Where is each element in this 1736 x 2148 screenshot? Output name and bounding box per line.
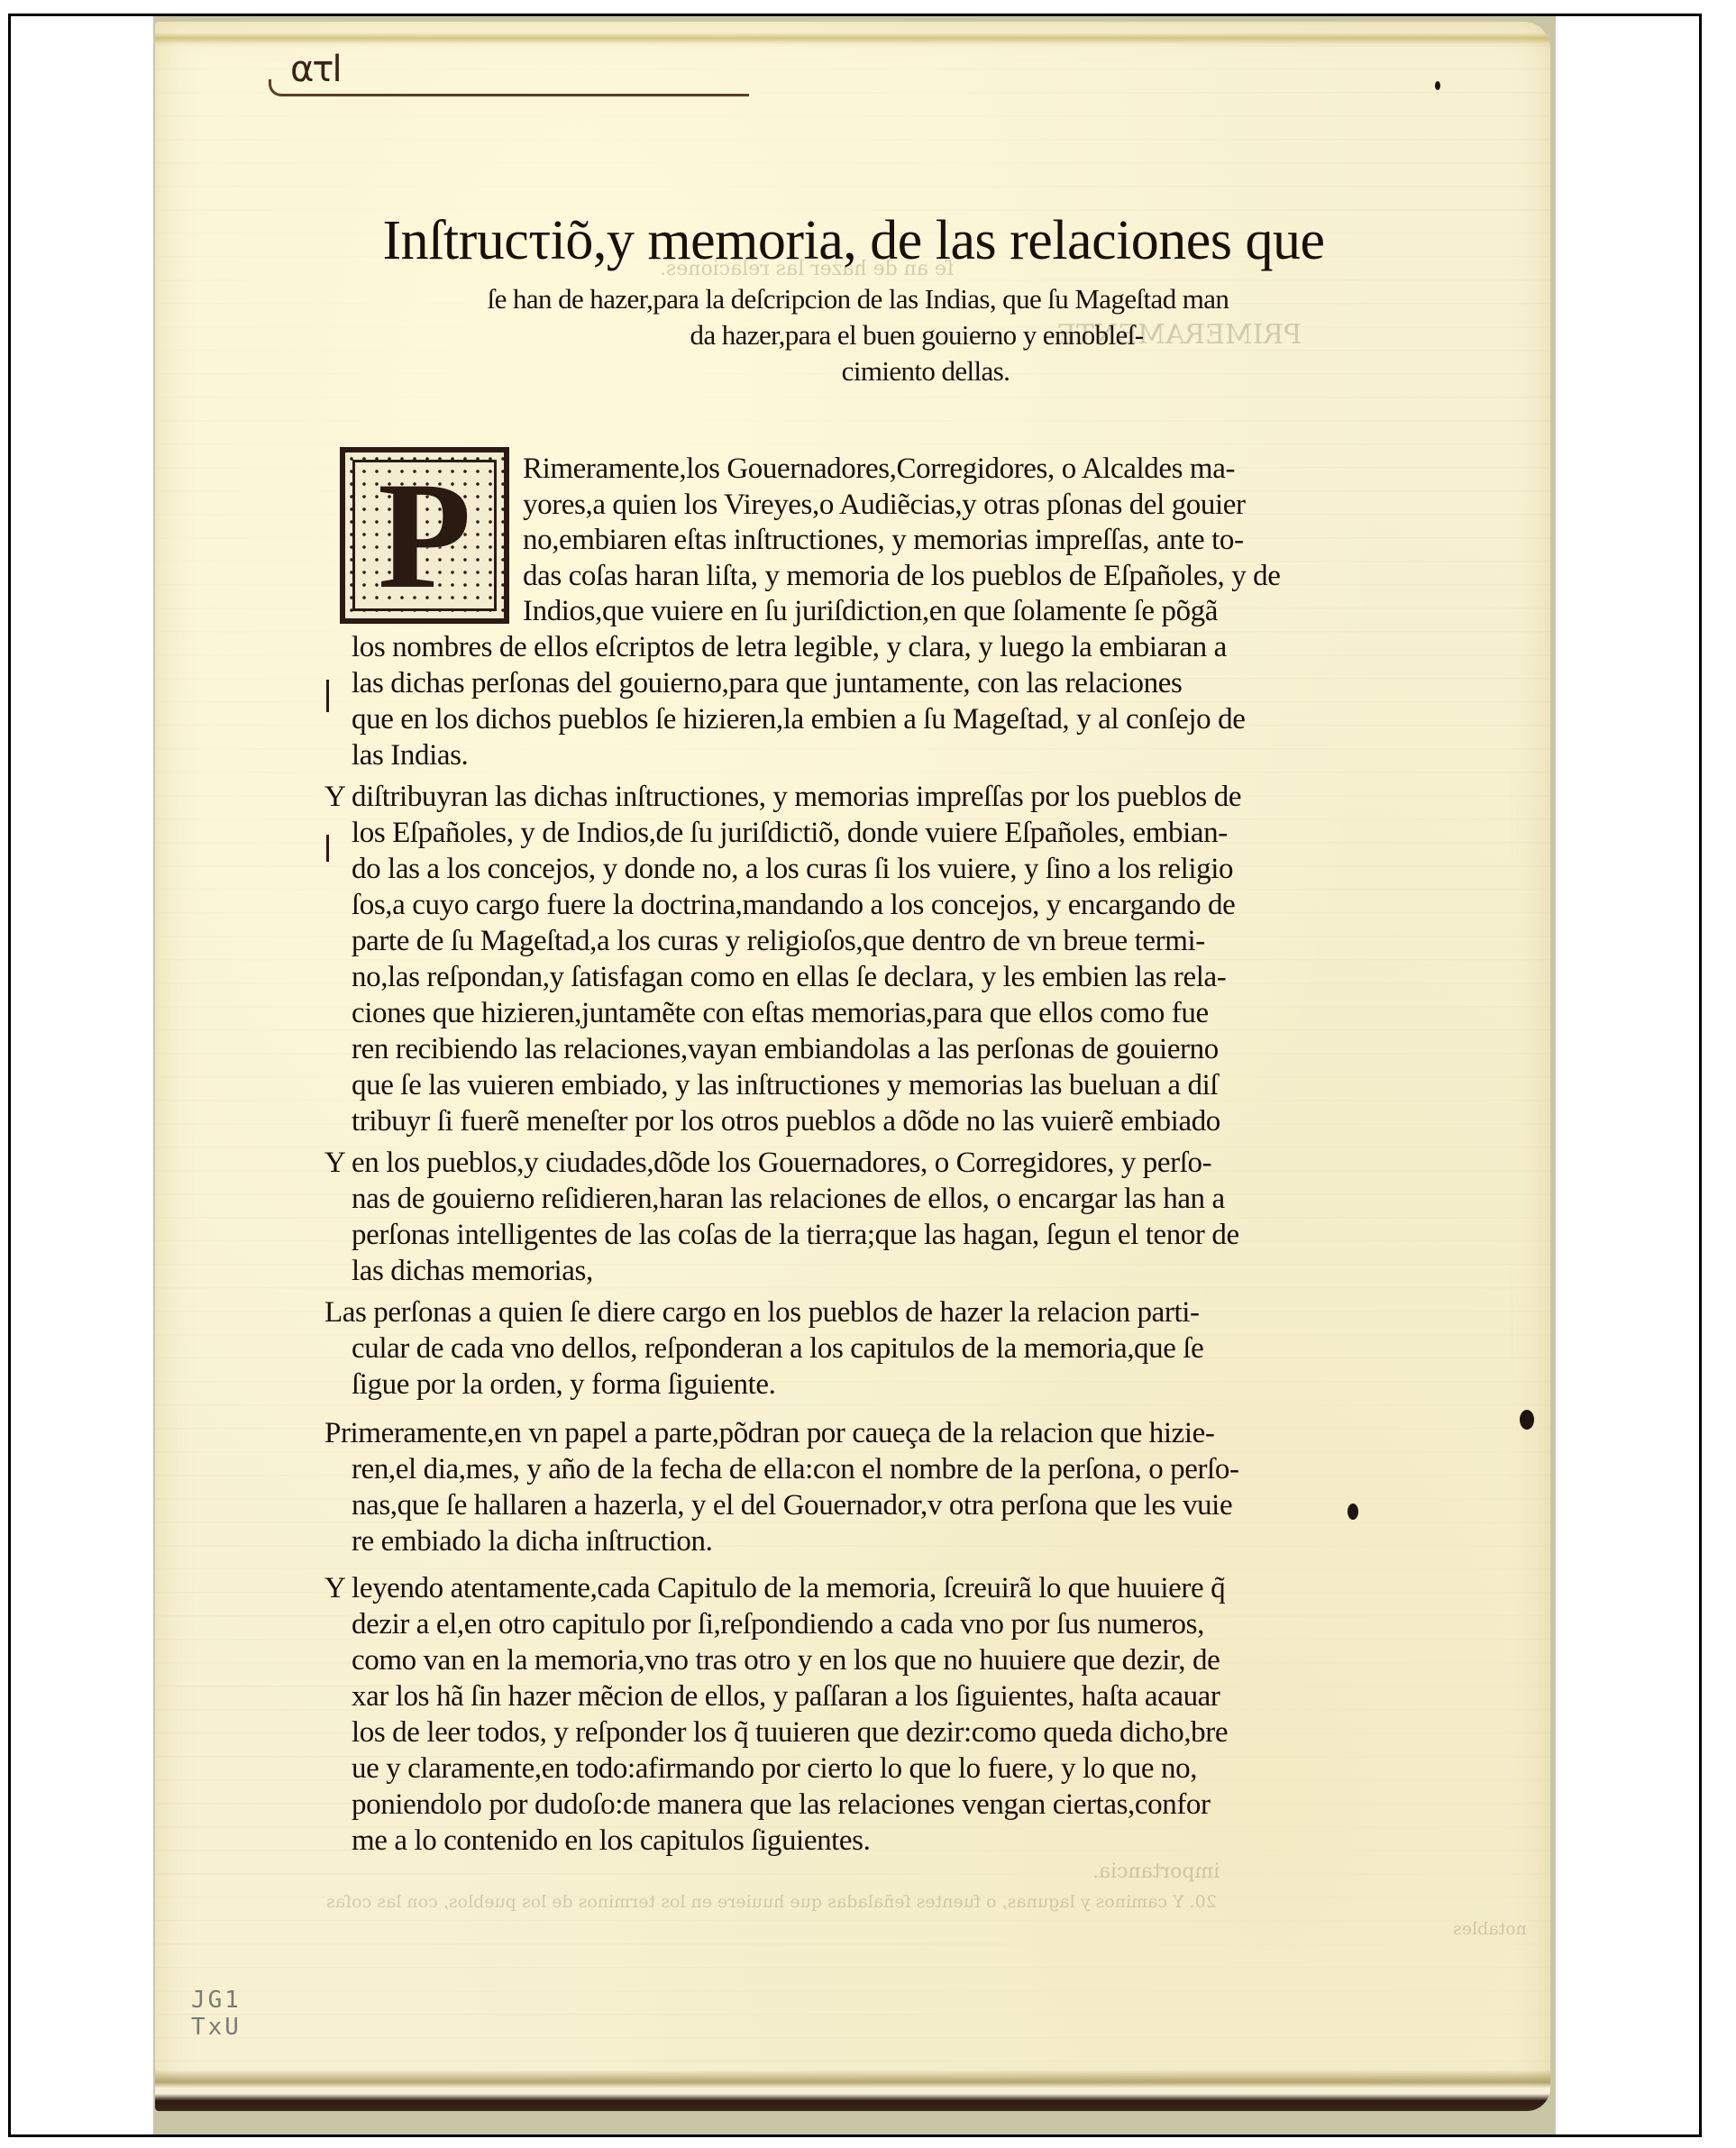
text-line: yores,a quien los Vireyes,o Audiẽcias,y … [523,489,1246,522]
text-line: me a lo contenido en los capitulos ſigui… [352,1824,870,1858]
text-line: perſonas intelligentes de las coſas de l… [352,1219,1239,1252]
subtitle-line: cimiento dellas. [416,355,1435,388]
margin-mark [326,835,329,862]
library-stamp: JG1 TxU [191,1987,242,2041]
stamp-line: TxU [191,2014,242,2041]
margin-mark [326,680,329,712]
text-line: las dichas perſonas del gouierno,para qu… [352,667,1182,700]
text-line: los de leer todos, y reſponder los q̃ tu… [352,1716,1228,1750]
text-line: cular de cada vno dellos, reſponderan a … [352,1332,1203,1366]
text-line: nas de gouierno reſidieren,haran las rel… [352,1183,1225,1216]
text-line: xar los hã ſin hazer mẽcion de ellos, y … [352,1680,1220,1714]
document-page: ατl ſe an de hazer las relaciones. PRIME… [155,22,1550,2111]
text-line: parte de ſu Mageſtad,a los curas y relig… [352,925,1205,958]
text-line: los Eſpañoles, y de Indios,de ſu juriſdi… [352,817,1228,850]
ink-blot [1348,1504,1358,1520]
text-line: las dichas memorias, [352,1255,593,1288]
text-line: Y en los pueblos,y ciudades,dõde los Gou… [324,1147,1211,1180]
text-line: como van en la memoria,vno tras otro y e… [352,1644,1220,1677]
text-line: que en los dichos pueblos ſe hizieren,la… [352,703,1245,736]
text-line: los nombres de ellos eſcriptos de letra … [352,631,1227,664]
text-line: Primeramente,en vn papel a parte,põdran … [324,1417,1215,1450]
text-line: ren,el dia,mes, y año de la fecha de ell… [352,1453,1239,1486]
text-line: nas,que ſe hallaren a hazerla, y el del … [352,1489,1232,1522]
text-line: Indios,que vuiere en ſu juriſdiction,en … [523,595,1218,628]
text-line: Las perſonas a quien ſe diere cargo en l… [324,1296,1200,1330]
subtitle-line: ſe han de hazer,para la deſcripcion de l… [349,283,1367,315]
text-line: ſos,a cuyo cargo fuere la doctrina,manda… [352,889,1235,922]
text-line: ren recibiendo las relaciones,vayan embi… [352,1033,1219,1066]
stamp-line: JG1 [191,1987,242,2014]
subtitle-line: da hazer,para el buen gouierno y ennoble… [407,319,1426,352]
ink-blot [1435,81,1440,90]
text-line: das coſas haran liſta, y memoria de los … [523,560,1281,593]
text-line: ſigue por la orden, y forma ſiguiente. [352,1368,776,1402]
text-line: Y leyendo atentamente,cada Capitulo de l… [324,1572,1225,1605]
decorated-initial: P [340,447,509,624]
text-line: ciones que hizieren,juntamẽte con eſtas … [352,997,1209,1030]
text-line: re embiado la dicha inſtruction. [352,1525,712,1558]
text-line: do las a los concejos, y donde no, a los… [352,853,1233,886]
document-content: Inſtrucτiõ,y memoria, de las relaciones … [155,22,1550,2111]
text-line: Rimeramente,los Gouernadores,Corregidore… [523,452,1235,486]
text-line: que ſe las vuieren embiado, y las inſtru… [352,1069,1218,1102]
text-line: Y diſtribuyran las dichas inſtructiones,… [324,781,1241,814]
text-line: las Indias. [352,739,468,772]
text-line: no,las reſpondan,y ſatisfagan como en el… [352,961,1226,994]
text-line: poniendolo por dudoſo:de manera que las … [352,1788,1211,1822]
text-line: no,embiaren eſtas inſtructiones, y memor… [523,524,1244,557]
document-title: Inſtrucτiõ,y memoria, de las relaciones … [340,209,1367,273]
text-line: ue y claramente,en todo:afirmando por ci… [352,1752,1197,1786]
text-line: tribuyr ſi fuerẽ meneſter por los otros … [352,1105,1220,1138]
ink-blot [1520,1410,1534,1430]
text-line: dezir a el,en otro capitulo por ſi,reſpo… [352,1608,1204,1641]
initial-letter: P [345,452,504,618]
